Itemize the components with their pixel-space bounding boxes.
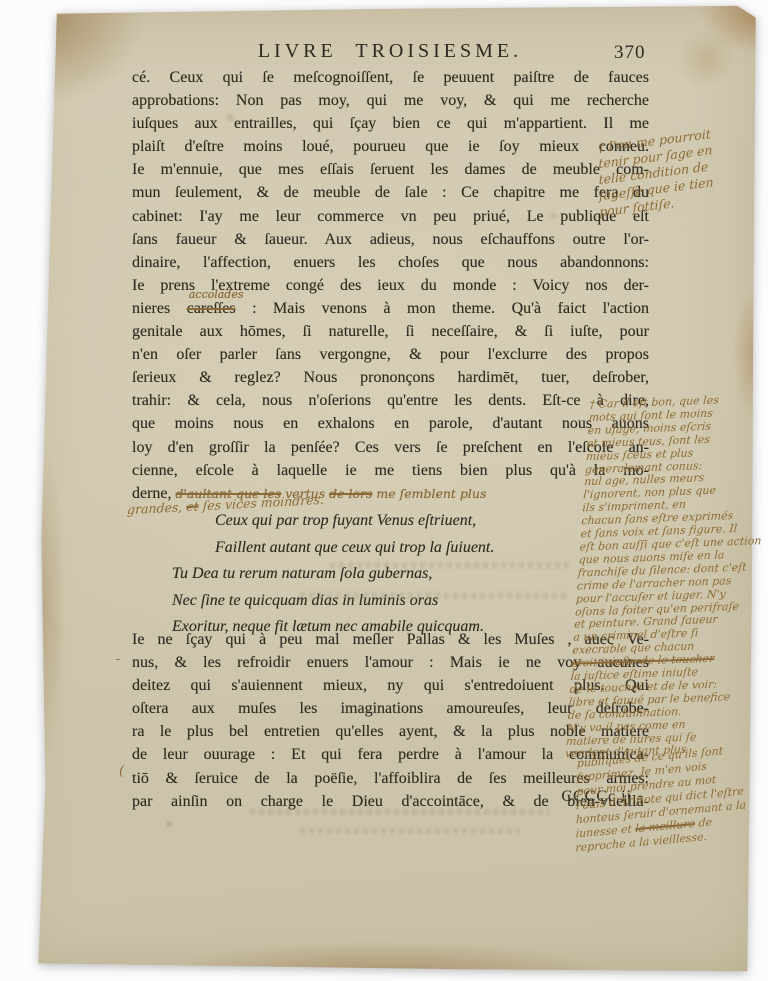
signature-mark: CCCCc ij [132, 788, 632, 806]
hand2-a: grandes, [127, 499, 187, 517]
text-line: dinaire, l'affection, enuers les choſes … [132, 251, 649, 274]
text-line: tiō & ſeruice de la poëſie, l'affoiblira… [132, 767, 649, 790]
scanned-book-photo: { "colors":{"paper":"#cfc7ae","print_ink… [0, 0, 768, 981]
line11-prefix: nieres [132, 300, 187, 317]
paragraph-1-lines-a: cé. Ceux qui ſe meſcognoiſſent, ſe peuue… [132, 66, 649, 297]
text-line: Ie m'ennuie, que mes eſſais ſeruent les … [132, 158, 649, 181]
text-line: cabinet: I'ay me leur commerce vn peu pr… [132, 205, 649, 228]
margin-note-bottom-right: publiques de ce qu'ils ſontſupprimez. Je… [575, 740, 768, 856]
struck-word-caresses: accoladescareſſes [187, 300, 236, 317]
verso-bleed-through [300, 828, 520, 834]
text-line: loy d'en groſſir la penſée? Ces vers ſe … [132, 436, 649, 459]
text-line: trahir: & cela, nous n'oſerions qu'entre… [132, 389, 649, 412]
verse-line: Faillent autant que ceux qui trop la ſui… [215, 535, 494, 562]
text-line: Ie ne ſçay qui à peu mal meſler Pallas &… [132, 628, 649, 651]
left-margin-paren-mark: ( [119, 764, 124, 779]
text-line: mun ſeulement, & de meuble de ſale : Ce … [132, 181, 649, 204]
line11-struck-text: careſſes [187, 300, 236, 317]
page-number: 370 [614, 42, 646, 64]
verse-french-couplet: Ceux qui par trop fuyant Venus eſtriuent… [215, 508, 494, 561]
paragraph-1: cé. Ceux qui ſe meſcognoiſſent, ſe peuue… [132, 66, 649, 505]
verse-line: Tu Dea tu rerum naturam ſola gubernas, [172, 561, 484, 588]
text-line: que moins nous en exhalons en parole, d'… [132, 412, 649, 435]
hand-struck-c: de lors [329, 486, 372, 501]
paragraph-1-lines-b: genitale aux hōmes, ſi naturelle, ſi nec… [132, 320, 649, 482]
text-line: ſerieux & reglez? Nous prononçons hardim… [132, 366, 649, 389]
text-line-caresses: nieres accoladescareſſes : Mais venons à… [132, 297, 649, 320]
left-margin-dash-mark: - [116, 652, 120, 667]
verse-line: Nec ſine te quicquam dias in luminis ora… [172, 588, 484, 615]
text-line: n'en oſer parler ſans vergongne, & pour … [132, 343, 649, 366]
hand-correction-accolades: accolades [189, 289, 244, 300]
text-line: cienne, eſcole à laquelle ie me tiens bi… [132, 459, 649, 482]
text-line: genitale aux hōmes, ſi naturelle, ſi nec… [132, 320, 649, 343]
n3-line6-c: de [695, 815, 712, 830]
text-line: iuſques aux entrailles, qui ſçay bien ce… [132, 112, 649, 135]
line11-suffix: : Mais venons à mon theme. Qu'à faict l'… [236, 300, 649, 317]
hand-text-d: me ſemblent plus [372, 486, 486, 501]
margin-note-right: † Car il eſt bon, que lesmots qui ſont l… [565, 393, 768, 762]
text-line: approbations: Non pas moy, qui me voy, &… [132, 89, 649, 112]
running-head-title: LIVRE TROISIESME. [132, 40, 648, 63]
text-line: ſans faueur & ſaueur. Aux adieus, nous e… [132, 228, 649, 251]
text-line: plaiſt d'eſtre moins loué, pourueu que i… [132, 135, 649, 158]
text-line: cé. Ceux qui ſe meſcognoiſſent, ſe peuue… [132, 66, 649, 89]
hand2-struck-b: et [186, 498, 199, 514]
verse-line: Ceux qui par trop fuyant Venus eſtriuent… [215, 508, 494, 535]
page-content: LIVRE TROISIESME. 370 cé. Ceux qui ſe me… [0, 0, 768, 981]
